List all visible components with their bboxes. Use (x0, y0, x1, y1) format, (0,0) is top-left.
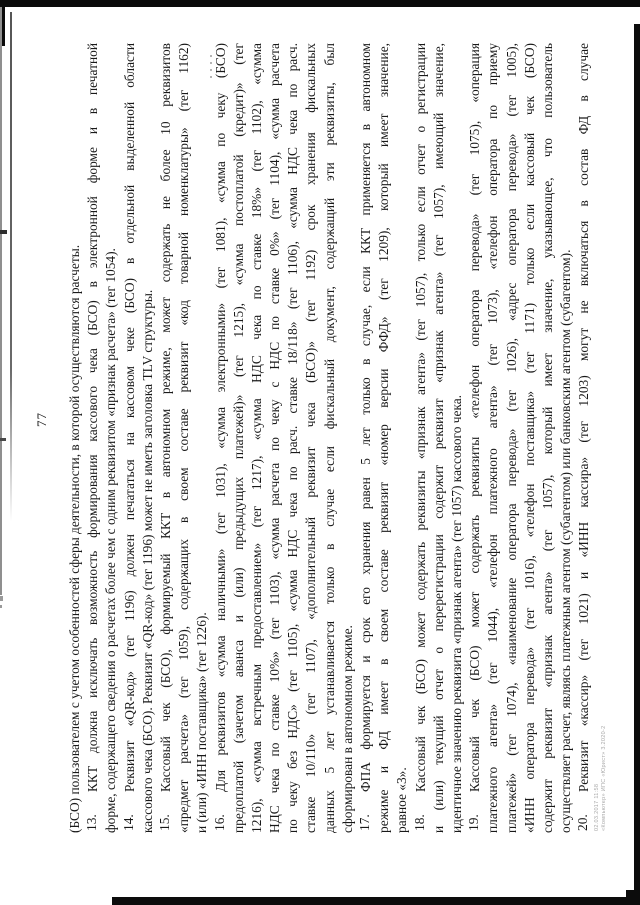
list-item-20: 20. Реквизит «кассир» (тег 1021) и «ИНН … (575, 43, 593, 833)
scan-edge-left-line (0, 7, 2, 595)
scan-speck-dots (210, 55, 212, 79)
text-line: «предмет расчета» (тег 1059), содержащих… (175, 43, 193, 833)
text-line: кассового чека (БСО). Реквизит «QR-код» … (139, 43, 157, 833)
scan-tick-mark (0, 438, 6, 441)
item-number: 15. (157, 791, 173, 831)
text-line: идентичное значению реквизита «признак а… (448, 43, 466, 833)
text-line: Кассовый чек (БСО) может содержать рекви… (466, 43, 484, 833)
text-line: содержит реквизит «признак агента» (тег … (539, 43, 557, 833)
item-number: 17. (357, 791, 373, 831)
scan-edge-corner (626, 890, 640, 905)
list-item-14: 14. Реквизит «QR-код» (тег 1196) должен … (121, 43, 157, 833)
text-line: Кассовый чек (БСО), формируемый ККТ в ав… (157, 43, 175, 833)
item-number: 14. (121, 791, 137, 831)
text-line: равное «3». (393, 43, 411, 833)
text-line: по чеку без НДС» (тег 1105), «сумма НДС … (284, 43, 302, 833)
text-line: данных 5 лет устанавливается только в сл… (321, 43, 339, 833)
item-number: 20. (575, 791, 591, 831)
list-item-16: 16. Для реквизитов «сумма наличными» (те… (212, 43, 358, 833)
stamp-line: «Компьютер» ИПС «Юрист» 3.2020-2 (601, 726, 608, 831)
scan-dash-mark (0, 596, 3, 601)
item-number: 13. (84, 791, 100, 831)
text-line: ККТ должна исключать возможность формиро… (84, 43, 102, 833)
text-line: платежного агента» (тег 1044), «телефон … (484, 43, 502, 833)
document-text-block: (БСО) пользователем с учетом особенносте… (66, 43, 593, 833)
text-line: Кассовый чек (БСО) может содержать рекви… (412, 43, 430, 833)
text-line: режиме и ФД имеет в своем составе реквиз… (375, 43, 393, 833)
text-line: осуществляет расчет, являясь платежным а… (557, 43, 575, 833)
text-line: Для реквизитов «сумма наличными» (тег 10… (212, 43, 230, 833)
list-item-15: 15. Кассовый чек (БСО), формируемый ККТ … (157, 43, 212, 833)
text-line: (БСО) пользователем с учетом особенносте… (66, 43, 84, 833)
text-line: НДС чека по ставке 10%» (тег 1103), «сум… (266, 43, 284, 833)
text-line: форме, содержащего сведения о расчетах б… (102, 43, 120, 833)
text-line: ставке 10/110» (тег 1107), «дополнительн… (302, 43, 320, 833)
paragraph-continuation: (БСО) пользователем с учетом особенносте… (66, 43, 84, 833)
scan-edge-top-bar (0, 0, 640, 7)
text-line: 1216), «сумма встречным предоставлением»… (248, 43, 266, 833)
scan-edge-bottom-bar (112, 897, 640, 905)
text-line: «ИНН оператора перевода» (тег 1016), «те… (521, 43, 539, 833)
list-item-19: 19. Кассовый чек (БСО) может содержать р… (466, 43, 575, 833)
text-line: ФПА формируется и срок его хранения раве… (357, 43, 375, 833)
text-line: Реквизит «QR-код» (тег 1196) должен печа… (121, 43, 139, 833)
text-line: сформирован в автономном режиме. (339, 43, 357, 833)
text-line: и (или) текущий отчет о перерегистрации … (430, 43, 448, 833)
scanner-timestamp-stamp: 02.03.2017 11:58 «Компьютер» ИПС «Юрист»… (594, 726, 607, 831)
page-number: 77 (34, 412, 50, 427)
list-item-13: 13. ККТ должна исключать возможность фор… (84, 43, 120, 833)
text-line: платежей» (тег 1074), «наименование опер… (503, 43, 521, 833)
item-number: 16. (212, 791, 228, 831)
list-item-17: 17. ФПА формируется и срок его хранения … (357, 43, 412, 833)
text-line: предоплатой (зачетом аванса и (или) пред… (230, 43, 248, 833)
list-item-18: 18. Кассовый чек (БСО) может содержать р… (412, 43, 467, 833)
scan-edge-right-bar (634, 24, 640, 905)
item-number: 19. (466, 791, 482, 831)
text-line: и (или) «ИНН поставщика» (тег 1226). (193, 43, 211, 833)
scan-fold-line (10, 12, 12, 522)
document-sheet: 77 (БСО) пользователем с учетом особенно… (0, 0, 640, 905)
scanned-document-page: { "colors": { "ink": "#191919", "paper":… (0, 0, 640, 905)
scan-tick-mark (0, 230, 7, 234)
scan-dash-mark (0, 605, 2, 608)
text-line: Реквизит «кассир» (тег 1021) и «ИНН касс… (575, 43, 593, 833)
item-number: 18. (412, 791, 428, 831)
